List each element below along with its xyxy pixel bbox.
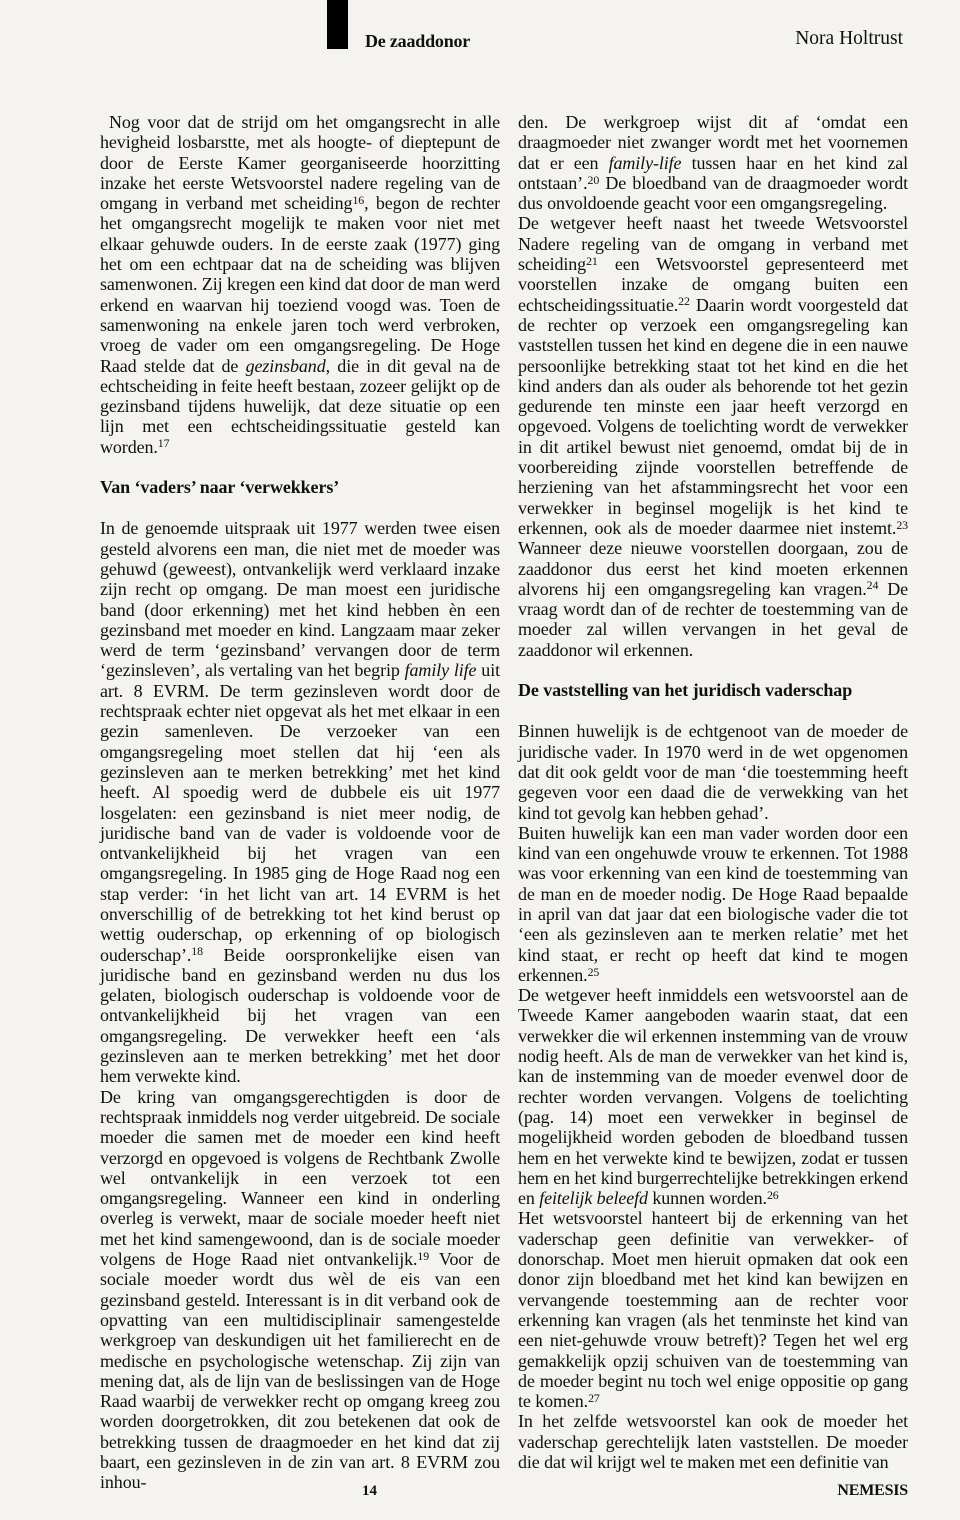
scanned-journal-page: De zaaddonor Nora Holtrust Nog voor dat … (0, 0, 960, 1520)
paragraph: den. De werkgroep wijst dit af ‘omdat ee… (518, 112, 908, 213)
paragraph: Buiten huwelijk kan een man vader worden… (518, 823, 908, 985)
paragraph: De kring van omgangsgerechtigden is door… (100, 1087, 500, 1493)
section-heading: De vaststelling van het juridisch vaders… (518, 680, 908, 700)
article-author: Nora Holtrust (795, 28, 903, 50)
paragraph: Nog voor dat de strijd om het omgangsrec… (100, 112, 500, 457)
article-right-column: den. De werkgroep wijst dit af ‘omdat ee… (518, 112, 908, 1472)
paragraph: De wetgever heeft inmiddels een wetsvoor… (518, 985, 908, 1208)
paragraph: In het zelfde wetsvoorstel kan ook de mo… (518, 1411, 908, 1472)
paragraph: In de genoemde uitspraak uit 1977 werden… (100, 518, 500, 1086)
paragraph: De wetgever heeft naast het tweede Wetsv… (518, 213, 908, 660)
paragraph: Binnen huwelijk is de echtgenoot van de … (518, 721, 908, 822)
article-title: De zaaddonor (365, 31, 470, 52)
article-left-column: Nog voor dat de strijd om het omgangsrec… (100, 112, 500, 1493)
header-black-bar (327, 0, 348, 49)
page-number: 14 (362, 1483, 377, 1500)
paragraph: Het wetsvoorstel hanteert bij de erkenni… (518, 1208, 908, 1411)
section-heading: Van ‘vaders’ naar ‘verwekkers’ (100, 477, 500, 497)
journal-name: NEMESIS (837, 1482, 908, 1500)
